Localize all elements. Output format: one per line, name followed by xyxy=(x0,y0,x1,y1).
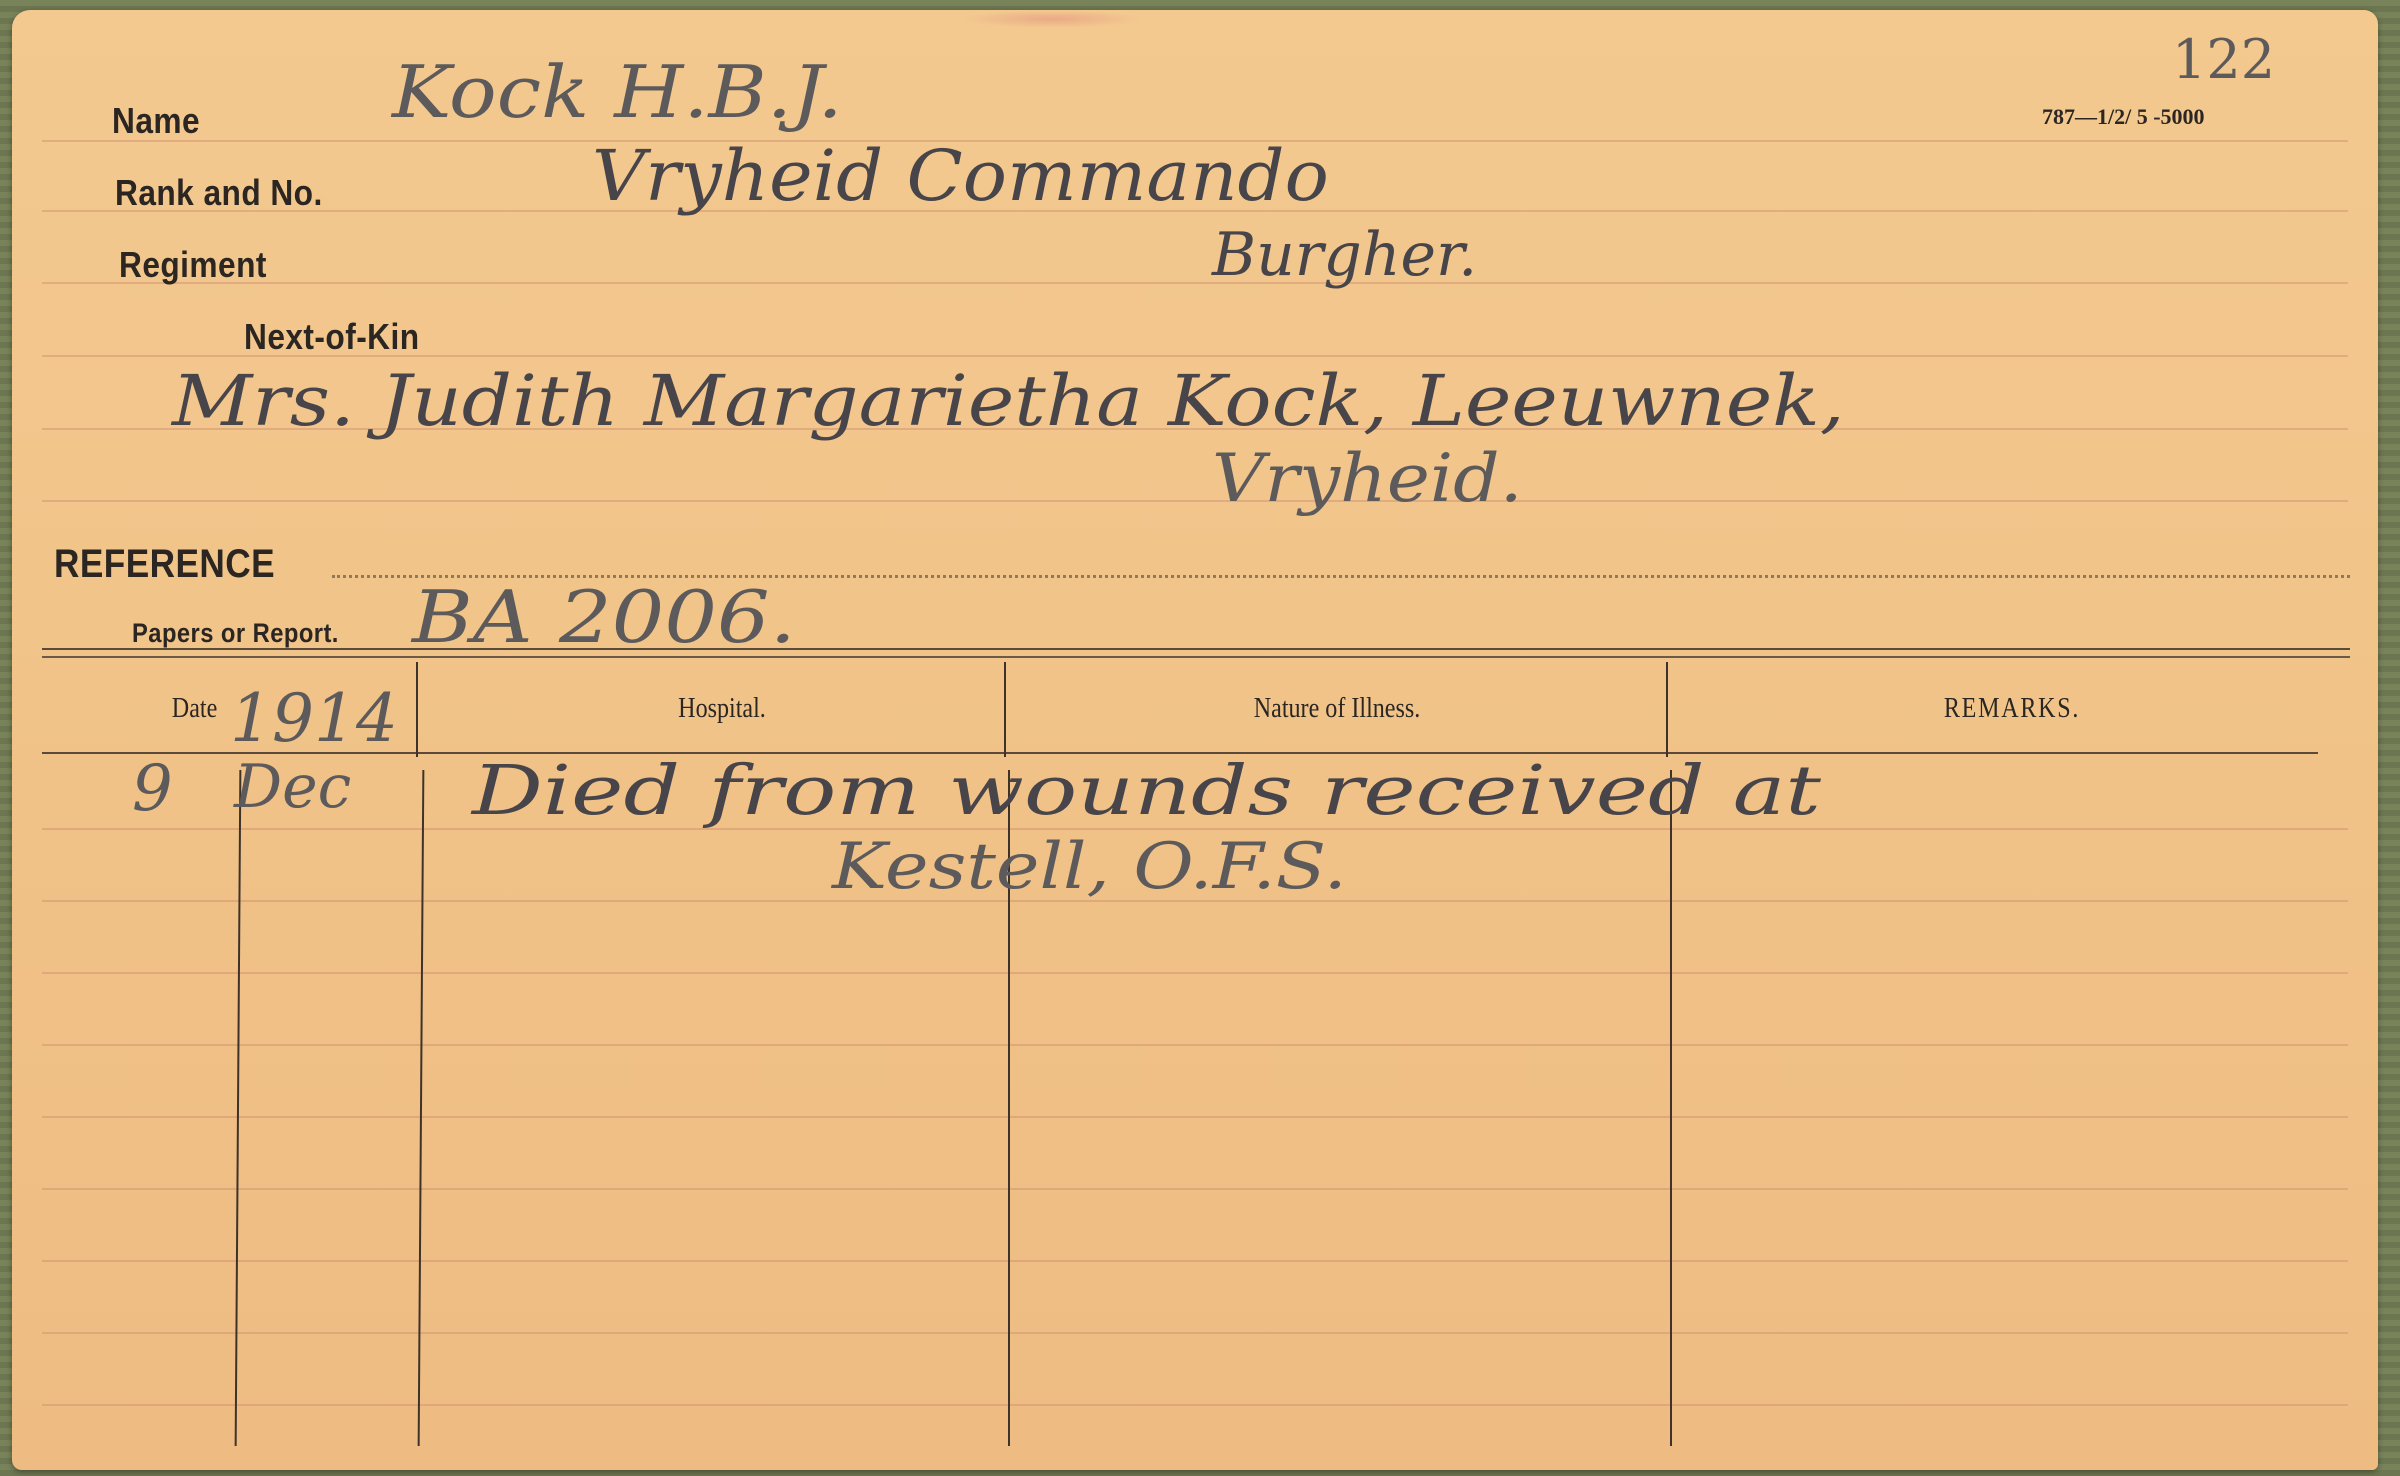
entry-day: 9 xyxy=(132,752,173,826)
regiment-label: Regiment xyxy=(119,244,267,286)
name-label: Name xyxy=(112,100,200,142)
stain-mark xyxy=(962,10,1142,28)
ruled-line xyxy=(42,282,2348,284)
rank-label: Rank and No. xyxy=(115,172,323,214)
entry-text-line1: Died from wounds received at xyxy=(472,752,1821,831)
next-of-kin-label: Next-of-Kin xyxy=(244,316,420,358)
next-of-kin-line2: Vryheid. xyxy=(1212,440,1523,517)
next-of-kin-line1: Mrs. Judith Margarietha Kock, Leeuwnek, xyxy=(172,360,1845,442)
ruled-line xyxy=(42,1116,2348,1118)
papers-value: BA 2006. xyxy=(412,575,796,659)
column-header-remarks: REMARKS. xyxy=(1883,693,2141,725)
ruled-line xyxy=(42,972,2348,974)
entry-month: Dec xyxy=(234,752,351,822)
ruled-line xyxy=(42,1404,2348,1406)
column-divider xyxy=(1004,662,1006,757)
rank-value: Vryheid Commando xyxy=(592,135,1329,217)
regiment-value: Burgher. xyxy=(1212,220,1477,290)
column-divider xyxy=(1670,770,1672,1446)
card-number: 122 xyxy=(2172,28,2275,91)
papers-label: Papers or Report. xyxy=(132,618,339,649)
ruled-line xyxy=(42,1332,2348,1334)
name-value: Kock H.B.J. xyxy=(392,50,843,134)
column-header-nature-of-illness: Nature of Illness. xyxy=(1187,693,1488,725)
record-card: 122 787—1/2/ 5 -5000 Name Rank and No. R… xyxy=(12,10,2378,1470)
ruled-line xyxy=(42,1188,2348,1190)
ruled-line xyxy=(42,500,2348,502)
ruled-line xyxy=(42,1044,2348,1046)
entry-text-line2: Kestell, O.F.S. xyxy=(832,830,1347,904)
column-divider xyxy=(1666,662,1668,757)
reference-label: REFERENCE xyxy=(54,542,275,587)
form-number: 787—1/2/ 5 -5000 xyxy=(2042,104,2205,130)
year-value: 1914 xyxy=(230,680,398,757)
column-divider xyxy=(235,770,242,1446)
column-divider xyxy=(416,662,418,757)
column-divider xyxy=(418,770,425,1446)
table-top-rule xyxy=(42,648,2350,658)
column-header-hospital: Hospital. xyxy=(593,693,851,725)
ruled-line xyxy=(42,1260,2348,1262)
